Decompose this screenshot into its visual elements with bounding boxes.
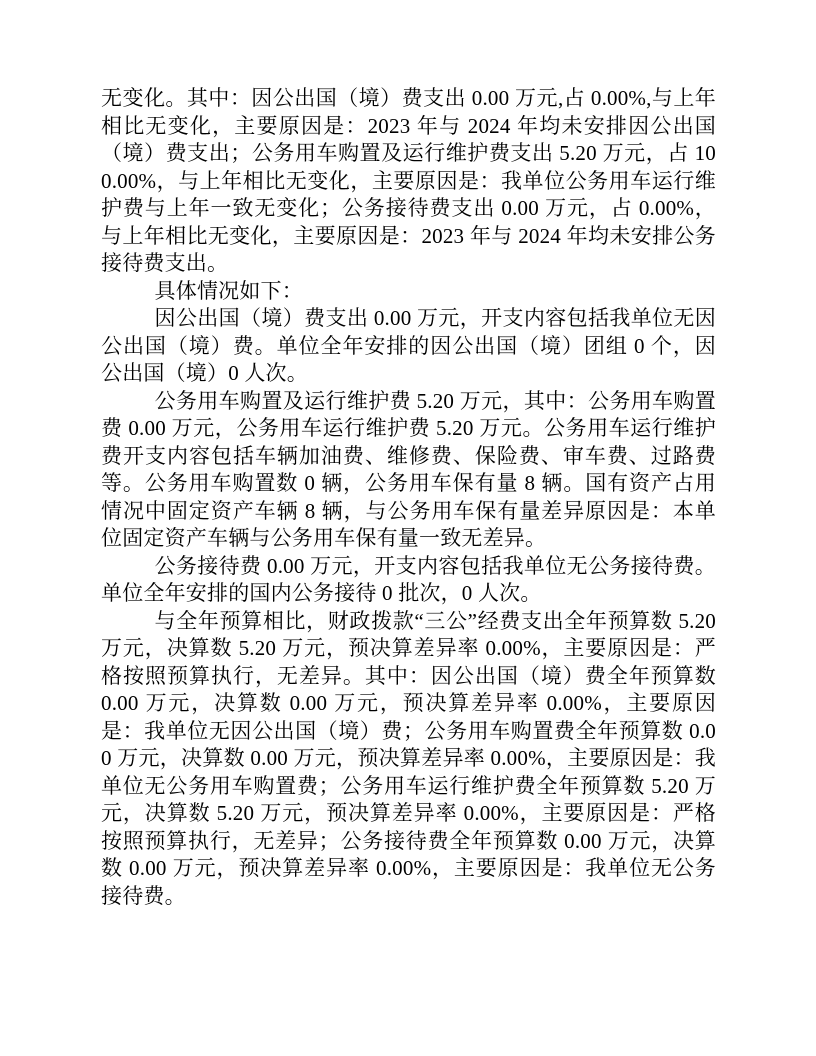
document-page: 无变化。其中：因公出国（境）费支出 0.00 万元,占 0.00%,与上年相比无… — [0, 0, 816, 1056]
paragraph-overseas-travel-expense: 因公出国（境）费支出 0.00 万元，开支内容包括我单位无因公出国（境）费。单位… — [101, 305, 716, 388]
paragraph-budget-vs-final-accounts: 与全年预算相比，财政拨款“三公”经费支出全年预算数 5.20 万元，决算数 5.… — [101, 608, 716, 911]
paragraph-expense-year-comparison-continued: 无变化。其中：因公出国（境）费支出 0.00 万元,占 0.00%,与上年相比无… — [101, 85, 716, 278]
paragraph-details-intro: 具体情况如下： — [101, 278, 716, 306]
paragraph-official-reception-expense: 公务接待费 0.00 万元，开支内容包括我单位无公务接待费。单位全年安排的国内公… — [101, 553, 716, 608]
paragraph-official-vehicle-expense: 公务用车购置及运行维护费 5.20 万元，其中：公务用车购置费 0.00 万元，… — [101, 388, 716, 553]
